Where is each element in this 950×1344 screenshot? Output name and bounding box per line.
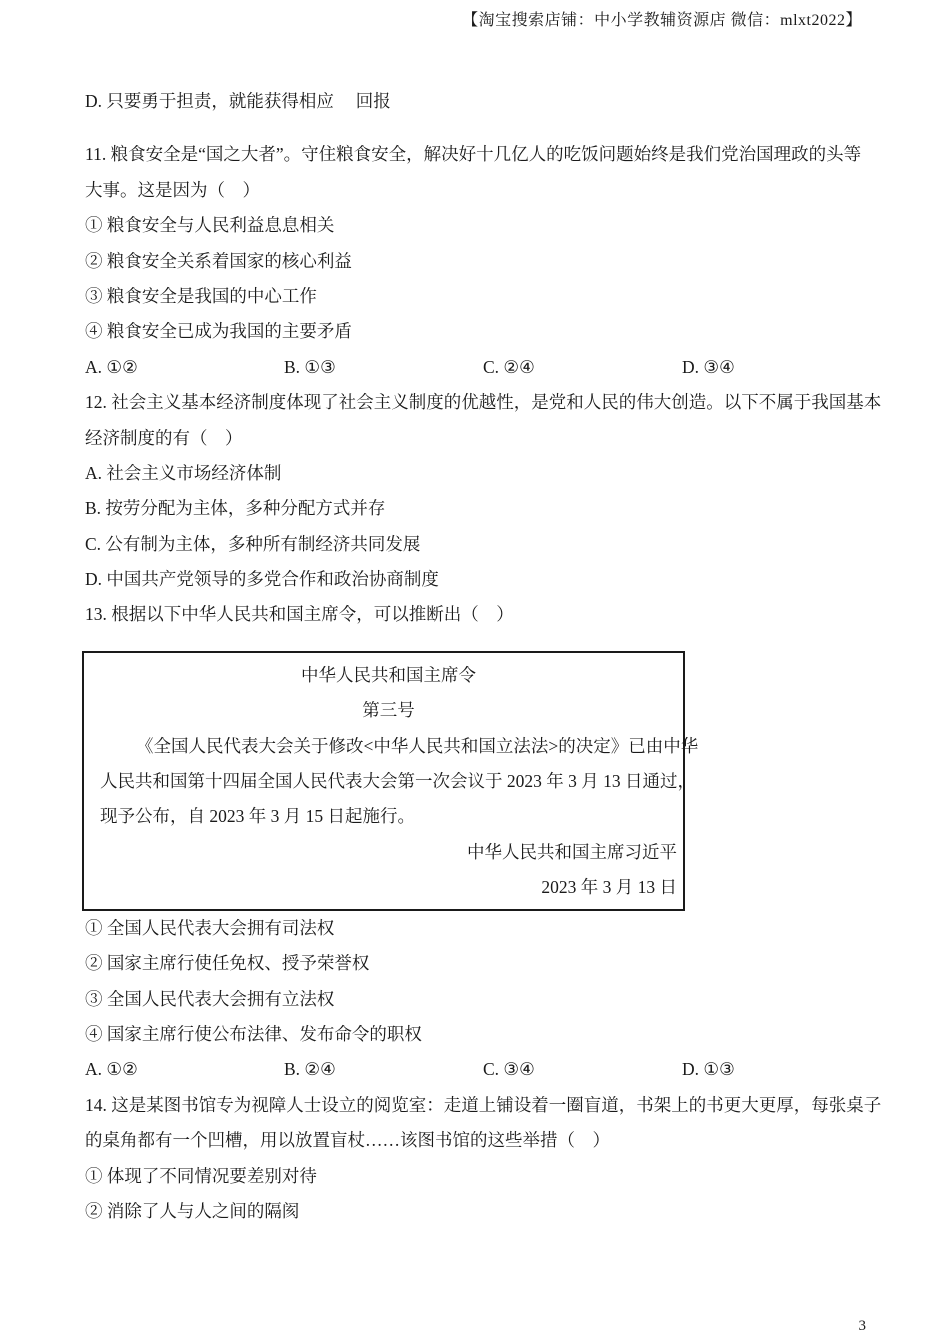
q12-option-a: A. 社会主义市场经济体制: [85, 456, 915, 491]
q13-option-d: D. ①③: [682, 1052, 735, 1087]
q11-stem-line2: 大事。这是因为（ ）: [85, 173, 915, 208]
q11-option-d: D. ③④: [682, 350, 735, 385]
q10-option-d: D. 只要勇于担责，就能获得相应 回报: [85, 84, 915, 119]
q13-option-b: B. ②④: [284, 1052, 483, 1087]
q14-stem-line1: 14. 这是某图书馆专为视障人士设立的阅览室：走道上铺设着一圈盲道，书架上的书更…: [85, 1088, 915, 1123]
q11-option-c: C. ②④: [483, 350, 682, 385]
exam-content: D. 只要勇于担责，就能获得相应 回报 11. 粮食安全是“国之大者”。守住粮食…: [85, 84, 915, 1229]
q11-option-b: B. ①③: [284, 350, 483, 385]
decree-date: 2023 年 3 月 13 日: [100, 870, 677, 905]
decree-number: 第三号: [100, 693, 677, 728]
decree-body-line1: 《全国人民代表大会关于修改<中华人民共和国立法法>的决定》已由中华: [100, 729, 677, 764]
q13-options-row: A. ①②B. ②④C. ③④D. ①③: [85, 1052, 915, 1087]
q13-item-1: ① 全国人民代表大会拥有司法权: [85, 911, 915, 946]
q14-stem-line2: 的桌角都有一个凹槽，用以放置盲杖……该图书馆的这些举措（ ）: [85, 1123, 915, 1158]
q12-option-c: C. 公有制为主体，多种所有制经济共同发展: [85, 527, 915, 562]
q13-decree-box: 中华人民共和国主席令 第三号 《全国人民代表大会关于修改<中华人民共和国立法法>…: [82, 651, 685, 911]
q13-item-4: ④ 国家主席行使公布法律、发布命令的职权: [85, 1017, 915, 1052]
q12-stem-line1: 12. 社会主义基本经济制度体现了社会主义制度的优越性，是党和人民的伟大创造。以…: [85, 385, 915, 420]
q12-stem-line2: 经济制度的有（ ）: [85, 421, 915, 456]
decree-signature: 中华人民共和国主席习近平: [100, 835, 677, 870]
q13-option-c: C. ③④: [483, 1052, 682, 1087]
q13-item-2: ② 国家主席行使任免权、授予荣誉权: [85, 946, 915, 981]
q13-option-a: A. ①②: [85, 1052, 284, 1087]
q11-option-a: A. ①②: [85, 350, 284, 385]
exam-page: 【淘宝搜索店铺：中小学教辅资源店 微信：mlxt2022】 D. 只要勇于担责，…: [0, 0, 950, 1344]
q11-item-3: ③ 粮食安全是我国的中心工作: [85, 279, 915, 314]
decree-title: 中华人民共和国主席令: [100, 658, 677, 693]
decree-body-line3: 现予公布，自 2023 年 3 月 15 日起施行。: [100, 799, 677, 834]
q14-item-1: ① 体现了不同情况要差别对待: [85, 1159, 915, 1194]
q11-stem-line1: 11. 粮食安全是“国之大者”。守住粮食安全，解决好十几亿人的吃饭问题始终是我们…: [85, 137, 915, 172]
q12-option-b: B. 按劳分配为主体，多种分配方式并存: [85, 491, 915, 526]
q11-item-4: ④ 粮食安全已成为我国的主要矛盾: [85, 314, 915, 349]
q13-item-3: ③ 全国人民代表大会拥有立法权: [85, 982, 915, 1017]
q11-item-1: ① 粮食安全与人民利益息息相关: [85, 208, 915, 243]
q12-option-d: D. 中国共产党领导的多党合作和政治协商制度: [85, 562, 915, 597]
decree-body-line2: 人民共和国第十四届全国人民代表大会第一次会议于 2023 年 3 月 13 日通…: [100, 764, 677, 799]
q11-options-row: A. ①②B. ①③C. ②④D. ③④: [85, 350, 915, 385]
page-number: 3: [859, 1316, 867, 1336]
q13-stem: 13. 根据以下中华人民共和国主席令，可以推断出（ ）: [85, 597, 915, 632]
header-store-note: 【淘宝搜索店铺：中小学教辅资源店 微信：mlxt2022】: [462, 10, 862, 32]
q11-item-2: ② 粮食安全关系着国家的核心利益: [85, 244, 915, 279]
q14-item-2: ② 消除了人与人之间的隔阂: [85, 1194, 915, 1229]
